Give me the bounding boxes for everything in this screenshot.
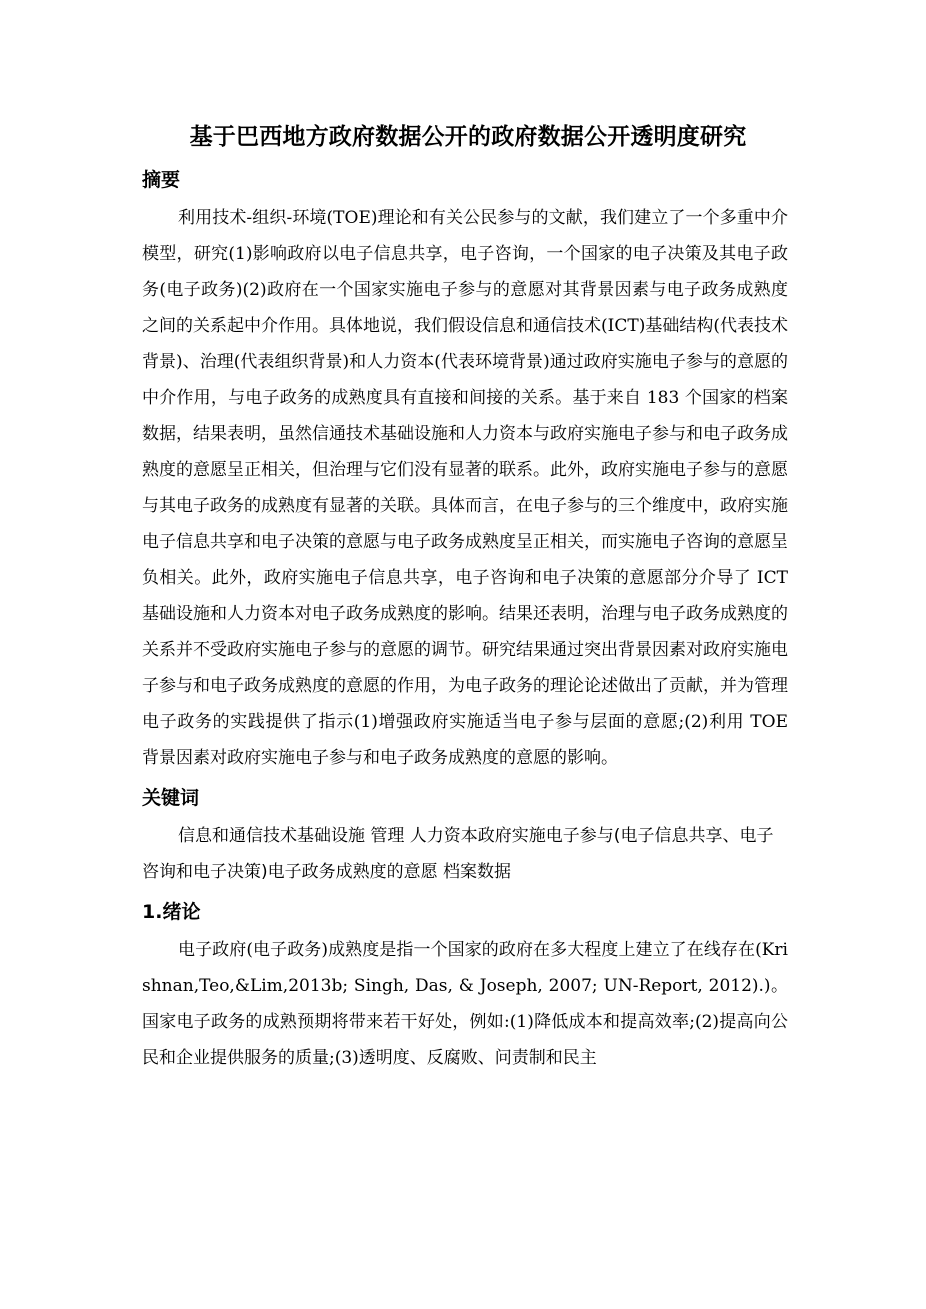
document-title: 基于巴西地方政府数据公开的政府数据公开透明度研究: [138, 118, 798, 156]
document-page: 基于巴西地方政府数据公开的政府数据公开透明度研究 摘要 利用技术-组织-环境(T…: [142, 118, 788, 1076]
keywords-text: 信息和通信技术基础设施 管理 人力资本政府实施电子参与(电子信息共享、电子咨询和…: [142, 818, 788, 890]
section-1-heading: 1.绪论: [142, 894, 788, 932]
abstract-text: 利用技术-组织-环境(TOE)理论和有关公民参与的文献，我们建立了一个多重中介模…: [142, 200, 788, 776]
abstract-heading: 摘要: [142, 162, 788, 200]
section-1-text: 电子政府(电子政务)成熟度是指一个国家的政府在多大程度上建立了在线存在(Kris…: [142, 932, 788, 1076]
keywords-heading: 关键词: [142, 780, 788, 818]
